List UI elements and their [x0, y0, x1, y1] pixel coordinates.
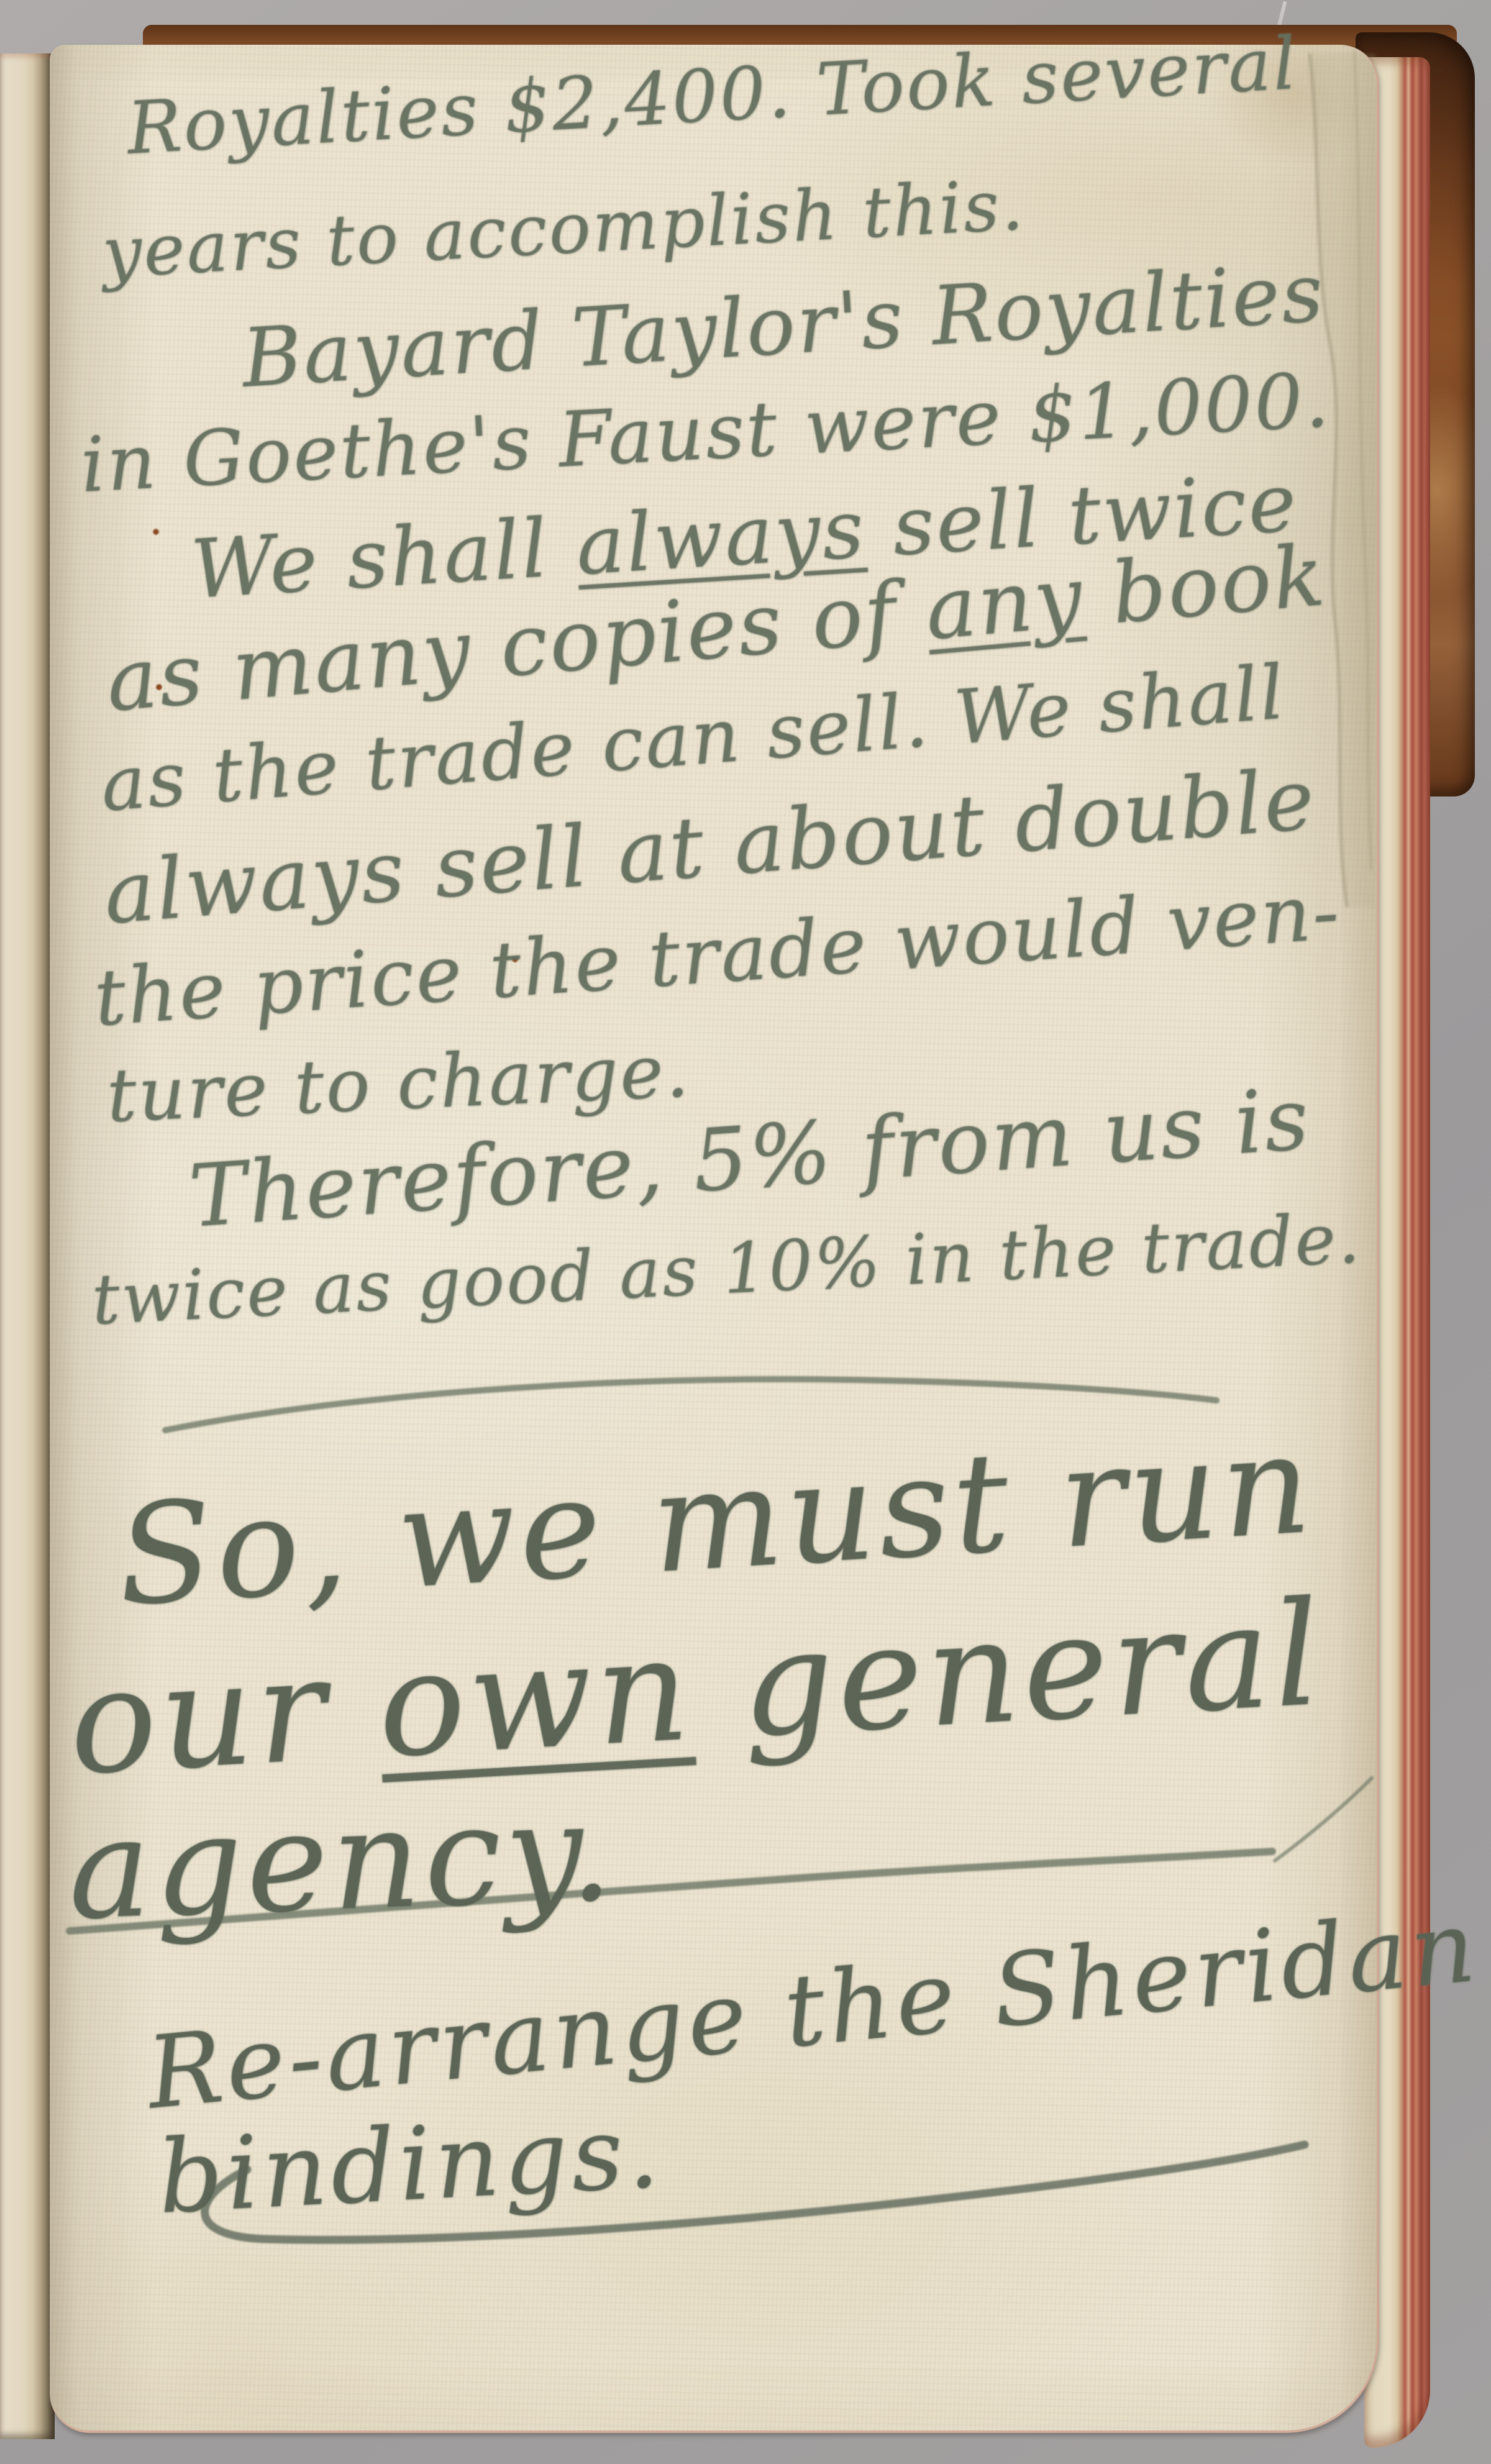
pencil-rule-2-hook — [1275, 1778, 1372, 1861]
handwriting-line-17: bindings. — [156, 2102, 665, 2229]
handwriting-line-15: agency. — [66, 1782, 618, 1940]
photograph-of-notebook: { "object": { "type_label": "handwritten… — [0, 0, 1491, 2464]
water-stain-band — [1310, 53, 1375, 907]
underlined-word-own: own — [373, 1605, 696, 1790]
handwriting-segment: our — [65, 1622, 383, 1807]
handwriting-segment: general — [687, 1569, 1328, 1772]
handwriting-segment: agency. — [65, 1771, 618, 1951]
underlined-word-any: any — [921, 548, 1087, 660]
